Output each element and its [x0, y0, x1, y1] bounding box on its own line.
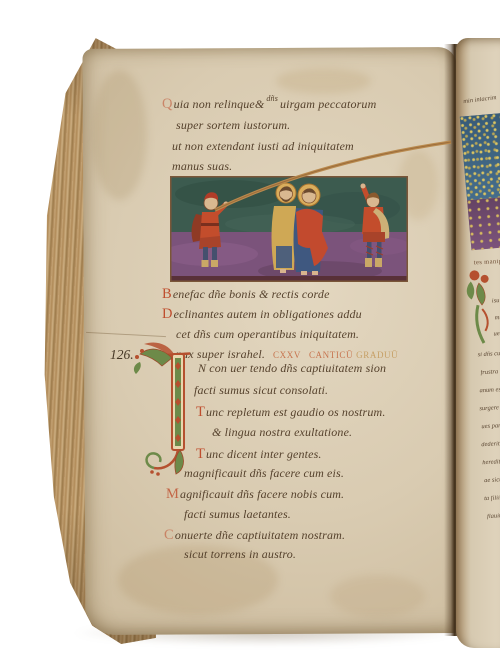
sower-ground [467, 197, 500, 251]
line-text: cet dñs cum operantibus iniquitatem. [176, 327, 359, 341]
line-text: eclinantes autem in obligationes addu [174, 307, 362, 321]
text-fragment: surgere postqua [479, 404, 500, 413]
sower-field-seeds [460, 113, 500, 201]
text-fragment: dederit dilectis [481, 440, 500, 449]
saints-figures [272, 183, 329, 275]
text-fragment: ta filii excussoru [484, 494, 500, 503]
rubricated-initial: B [162, 286, 173, 302]
text-line: manus suas. [172, 159, 232, 173]
text-line: N con uer tendo dñs captiuitatem sion [198, 361, 386, 375]
line-text: uirgam peccatorum [280, 97, 376, 111]
text-fragment: si dñs custod [477, 350, 500, 359]
text-line: facti sumus laetantes. [184, 507, 291, 521]
text-fragment: anum est uobis [479, 386, 500, 395]
text-line: facti sumus sicut consolati. [194, 383, 328, 397]
rubricated-initial: D [162, 306, 174, 322]
interlinear-gloss: dñs [266, 94, 278, 103]
text-fragment: ae sicut sagittae [484, 476, 500, 485]
psalm-rubric-title: CANTICŪ [309, 350, 353, 360]
line-text: N con uer tendo dñs captiuitatem sion [198, 361, 386, 375]
manuscript-photo: Quia non relinque&dñsuirgam peccatorum s… [0, 0, 500, 672]
text-line: Tunc dicent inter gentes. [196, 446, 322, 463]
line-text: uia non relinque& [174, 97, 265, 111]
line-text: enefac dñe bonis & rectis corde [173, 287, 330, 301]
psalm-rubric-title2: GRADUŪ [356, 350, 398, 360]
text-line: Magnificauit dñs facere nobis cum. [166, 486, 344, 503]
rubricated-initial: Q [162, 96, 174, 112]
text-line: Benefac dñe bonis & rectis corde [162, 286, 330, 303]
rubricated-initial: M [166, 486, 180, 502]
rubricated-initial: T [196, 404, 206, 420]
line-text: super sortem iustorum. [176, 118, 290, 132]
line-text: magnificauit dñs facere cum eis. [184, 466, 344, 480]
text-line: Conuerte dñe captiuitatem nostram. [164, 527, 345, 544]
text-line: Declinantes autem in obligationes addu [162, 306, 362, 323]
miniature-fragment-sower [460, 113, 500, 250]
text-fragment: frustra uigila [480, 368, 500, 377]
line-text: manus suas. [172, 159, 232, 173]
text-line: pax super israhel.CXXVCANTICŪGRADUŪ [176, 347, 398, 361]
text-fragment: flauit foru [487, 512, 500, 521]
text-fragment: ues panem dolo [481, 422, 500, 431]
text-line: Quia non relinque&dñsuirgam peccatorum [162, 96, 376, 113]
text-line: magnificauit dñs facere cum eis. [184, 466, 344, 480]
line-text: unc repletum est gaudio os nostrum. [206, 405, 385, 419]
text-line: super sortem iustorum. [176, 118, 290, 132]
miniature-psalm124 [170, 176, 408, 282]
text-line: Tunc repletum est gaudio os nostrum. [196, 404, 385, 421]
line-text: ut non extendant iusti ad iniquitatem [172, 139, 354, 153]
line-text: & lingua nostra exultatione. [212, 425, 352, 439]
decorated-initial-I [128, 338, 203, 478]
line-text: agnificauit dñs facere nobis cum. [180, 487, 344, 501]
foliate-initial-fragment [462, 264, 496, 350]
text-fragment: min inlacrim [463, 94, 500, 106]
rubricated-initial: C [164, 527, 175, 543]
left-page-content: Quia non relinque&dñsuirgam peccatorum s… [0, 0, 500, 672]
line-text: facti sumus sicut consolati. [194, 383, 328, 397]
text-fragment: hereditas dñi fili [482, 458, 500, 467]
text-line: & lingua nostra exultatione. [212, 425, 352, 439]
line-text: facti sumus laetantes. [184, 507, 291, 521]
text-line: ut non extendant iusti ad iniquitatem [172, 139, 354, 153]
rubricated-initial: T [196, 446, 206, 462]
text-line: sicut torrens in austro. [184, 547, 296, 561]
text-fragment: mus [495, 313, 500, 322]
psalm-rubric-number: CXXV [273, 350, 301, 360]
line-text: onuerte dñe captiuitatem nostram. [175, 528, 345, 542]
line-text: unc dicent inter gentes. [206, 447, 322, 461]
text-line: cet dñs cum operantibus iniquitatem. [176, 327, 359, 341]
line-text: sicut torrens in austro. [184, 547, 296, 561]
